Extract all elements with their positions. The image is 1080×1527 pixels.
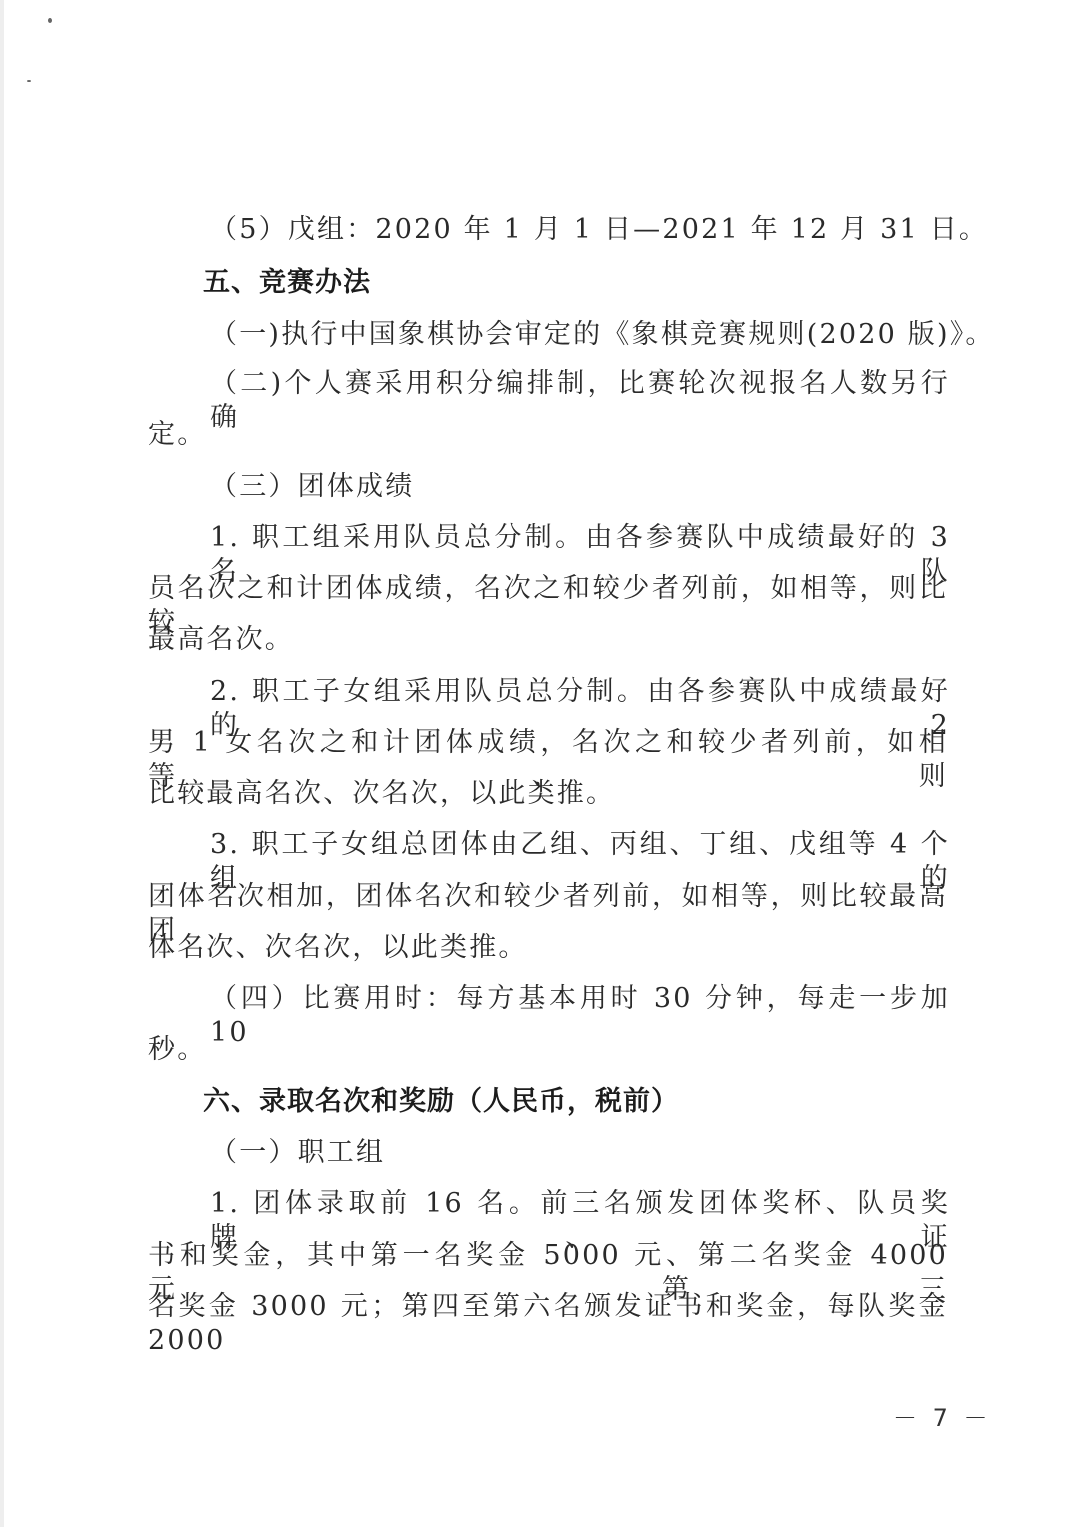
text-line: （一)执行中国象棋协会审定的《象棋竞赛规则(2020 版)》。 bbox=[210, 318, 950, 352]
page-number: － 7 － bbox=[893, 1398, 992, 1433]
text-line: （5）戊组：2020 年 1 月 1 日—2021 年 12 月 31 日。 bbox=[210, 213, 950, 247]
section-heading: 六、录取名次和奖励（人民币，税前） bbox=[203, 1085, 679, 1119]
scan-edge bbox=[0, 0, 4, 1527]
text-line: 比较最高名次、次名次，以此类推。 bbox=[148, 777, 948, 811]
text-line: 体名次、次名次，以此类推。 bbox=[148, 931, 948, 965]
scan-speck bbox=[48, 18, 52, 23]
text-line: 最高名次。 bbox=[148, 623, 948, 657]
text-line: 秒。 bbox=[148, 1033, 948, 1067]
scan-speck bbox=[27, 80, 31, 82]
text-line: （三）团体成绩 bbox=[210, 470, 950, 504]
section-heading: 五、竞赛办法 bbox=[203, 266, 371, 300]
text-line: 定。 bbox=[148, 418, 948, 452]
text-line: （一）职工组 bbox=[210, 1136, 950, 1170]
text-line: 名奖金 3000 元；第四至第六名颁发证书和奖金，每队奖金 2000 bbox=[148, 1290, 948, 1358]
